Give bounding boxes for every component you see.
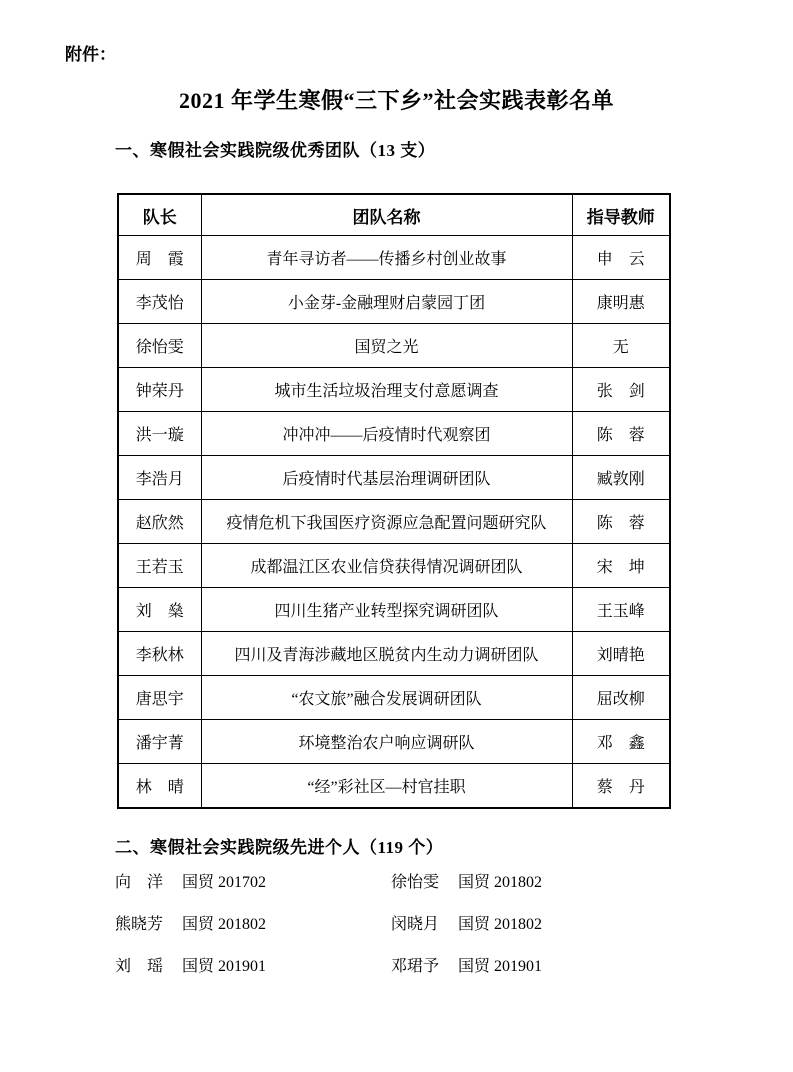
leader-cell: 王若玉	[118, 544, 201, 588]
leader-cell: 潘宇菁	[118, 720, 201, 764]
leader-cell: 洪一璇	[118, 412, 201, 456]
leader-cell: 唐思宇	[118, 676, 201, 720]
team-name-cell: 成都温江区农业信贷获得情况调研团队	[201, 544, 572, 588]
individual-name: 闵晓月	[391, 911, 443, 934]
individual-class: 国贸 201802	[182, 911, 266, 934]
table-row: 刘 燊四川生猪产业转型探究调研团队王玉峰	[118, 588, 670, 632]
individual-name: 向 洋	[115, 869, 167, 892]
advisor-cell: 宋 坤	[572, 544, 670, 588]
table-row: 王若玉成都温江区农业信贷获得情况调研团队宋 坤	[118, 544, 670, 588]
leader-cell: 徐怡雯	[118, 324, 201, 368]
team-name-cell: “经”彩社区—村官挂职	[201, 764, 572, 809]
team-name-cell: 小金芽-金融理财启蒙园丁团	[201, 280, 572, 324]
attachment-label: 附件：	[65, 40, 116, 65]
individual-class: 国贸 201901	[182, 953, 266, 976]
individual-entry: 熊晓芳国贸 201802	[115, 911, 391, 936]
leader-cell: 赵欣然	[118, 500, 201, 544]
team-name-cell: “农文旅”融合发展调研团队	[201, 676, 572, 720]
table-row: 周 霞青年寻访者——传播乡村创业故事申 云	[118, 236, 670, 280]
team-name-cell: 疫情危机下我国医疗资源应急配置问题研究队	[201, 500, 572, 544]
leader-cell: 钟荣丹	[118, 368, 201, 412]
individual-name: 邓珺予	[391, 953, 443, 976]
advisor-cell: 陈 蓉	[572, 412, 670, 456]
team-name-cell: 城市生活垃圾治理支付意愿调查	[201, 368, 572, 412]
table-row: 李秋林四川及青海涉藏地区脱贫内生动力调研团队刘晴艳	[118, 632, 670, 676]
column-header: 队长	[118, 194, 201, 236]
advisor-cell: 臧敦刚	[572, 456, 670, 500]
leader-cell: 李浩月	[118, 456, 201, 500]
leader-cell: 李秋林	[118, 632, 201, 676]
section1-heading: 一、寒假社会实践院级优秀团队（13 支）	[115, 136, 435, 161]
team-name-cell: 后疫情时代基层治理调研团队	[201, 456, 572, 500]
team-name-cell: 环境整治农户响应调研队	[201, 720, 572, 764]
table-row: 唐思宇“农文旅”融合发展调研团队屈改柳	[118, 676, 670, 720]
team-name-cell: 国贸之光	[201, 324, 572, 368]
individual-class: 国贸 201702	[182, 869, 266, 892]
individual-entry: 刘 瑶国贸 201901	[115, 953, 391, 978]
table-row: 钟荣丹城市生活垃圾治理支付意愿调查张 剑	[118, 368, 670, 412]
advisor-cell: 康明惠	[572, 280, 670, 324]
individual-entry: 闵晓月国贸 201802	[391, 911, 667, 936]
table-row: 徐怡雯国贸之光无	[118, 324, 670, 368]
table-row: 李浩月后疫情时代基层治理调研团队臧敦刚	[118, 456, 670, 500]
advisor-cell: 蔡 丹	[572, 764, 670, 809]
individual-entry: 徐怡雯国贸 201802	[391, 869, 667, 894]
section2-heading: 二、寒假社会实践院级先进个人（119 个）	[115, 833, 443, 858]
table-row: 潘宇菁环境整治农户响应调研队邓 鑫	[118, 720, 670, 764]
individual-entry: 向 洋国贸 201702	[115, 869, 391, 894]
table-row: 李茂怡小金芽-金融理财启蒙园丁团康明惠	[118, 280, 670, 324]
individuals-grid: 向 洋国贸 201702徐怡雯国贸 201802熊晓芳国贸 201802闵晓月国…	[115, 869, 675, 978]
individual-entry: 邓珺予国贸 201901	[391, 953, 667, 978]
table-row: 赵欣然疫情危机下我国医疗资源应急配置问题研究队陈 蓉	[118, 500, 670, 544]
page-title: 2021 年学生寒假“三下乡”社会实践表彰名单	[0, 84, 793, 115]
leader-cell: 林 晴	[118, 764, 201, 809]
advisor-cell: 无	[572, 324, 670, 368]
teams-table-header-row: 队长团队名称指导教师	[118, 194, 670, 236]
advisor-cell: 陈 蓉	[572, 500, 670, 544]
table-row: 林 晴“经”彩社区—村官挂职蔡 丹	[118, 764, 670, 809]
individual-name: 熊晓芳	[115, 911, 167, 934]
team-name-cell: 冲冲冲——后疫情时代观察团	[201, 412, 572, 456]
team-name-cell: 四川生猪产业转型探究调研团队	[201, 588, 572, 632]
advisor-cell: 申 云	[572, 236, 670, 280]
leader-cell: 李茂怡	[118, 280, 201, 324]
leader-cell: 周 霞	[118, 236, 201, 280]
advisor-cell: 刘晴艳	[572, 632, 670, 676]
individual-class: 国贸 201901	[458, 953, 542, 976]
teams-table-body: 周 霞青年寻访者——传播乡村创业故事申 云李茂怡小金芽-金融理财启蒙园丁团康明惠…	[118, 236, 670, 809]
table-row: 洪一璇冲冲冲——后疫情时代观察团陈 蓉	[118, 412, 670, 456]
advisor-cell: 屈改柳	[572, 676, 670, 720]
document-page: 附件： 2021 年学生寒假“三下乡”社会实践表彰名单 一、寒假社会实践院级优秀…	[0, 0, 793, 1072]
column-header: 指导教师	[572, 194, 670, 236]
leader-cell: 刘 燊	[118, 588, 201, 632]
advisor-cell: 王玉峰	[572, 588, 670, 632]
individual-class: 国贸 201802	[458, 911, 542, 934]
individual-name: 刘 瑶	[115, 953, 167, 976]
individual-name: 徐怡雯	[391, 869, 443, 892]
team-name-cell: 青年寻访者——传播乡村创业故事	[201, 236, 572, 280]
column-header: 团队名称	[201, 194, 572, 236]
individual-class: 国贸 201802	[458, 869, 542, 892]
teams-table: 队长团队名称指导教师 周 霞青年寻访者——传播乡村创业故事申 云李茂怡小金芽-金…	[117, 193, 671, 809]
advisor-cell: 邓 鑫	[572, 720, 670, 764]
advisor-cell: 张 剑	[572, 368, 670, 412]
team-name-cell: 四川及青海涉藏地区脱贫内生动力调研团队	[201, 632, 572, 676]
